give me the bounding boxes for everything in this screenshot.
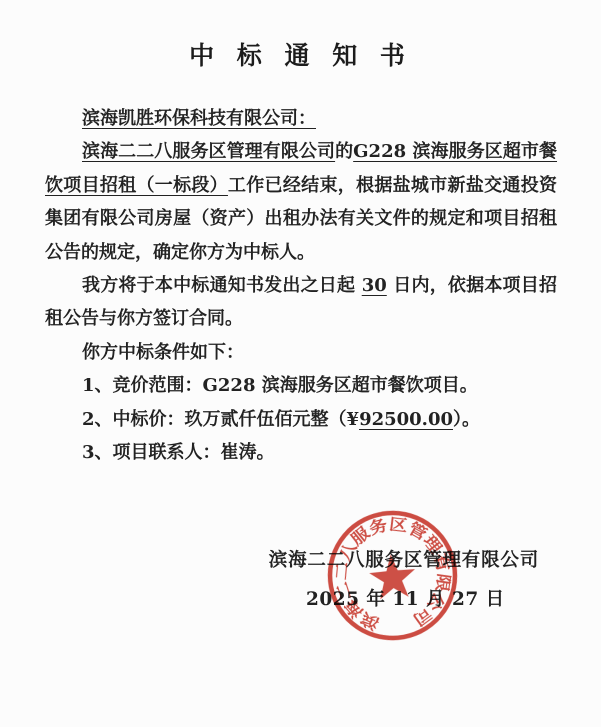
contract-days-value: 30 bbox=[362, 275, 387, 296]
condition-item-1: 1、竞价范围：G228 滨海服务区超市餐饮项目。 bbox=[45, 369, 557, 402]
contract-paragraph: 我方将于本中标通知书发出之日起 30 日内，依据本项目招租公告与你方签订合同。 bbox=[45, 269, 557, 336]
document-body: 滨海凯胜环保科技有限公司： 滨海二二八服务区管理有限公司的G228 滨海服务区超… bbox=[45, 102, 557, 469]
company-seal: 滨海二二八服务区管理有限公司 bbox=[320, 503, 464, 647]
particle-text: 的 bbox=[335, 141, 353, 162]
recipient-company-name: 滨海凯胜环保科技有限公司： bbox=[82, 108, 316, 129]
scanned-document-page: 中 标 通 知 书 滨海凯胜环保科技有限公司： 滨海二二八服务区管理有限公司的G… bbox=[0, 0, 601, 727]
condition-item-3: 3、项目联系人：崔涛。 bbox=[45, 436, 557, 469]
seal-star-icon bbox=[368, 552, 418, 600]
bid-price-amount: 92500.00 bbox=[359, 409, 453, 430]
condition-item-2: 2、中标价：玖万贰仟伍佰元整（¥92500.00）。 bbox=[45, 403, 557, 436]
conditions-intro-line: 你方中标条件如下： bbox=[45, 336, 557, 369]
document-title: 中 标 通 知 书 bbox=[0, 36, 601, 72]
bid-price-closing: ）。 bbox=[453, 409, 480, 430]
salutation-line: 滨海凯胜环保科技有限公司： bbox=[45, 102, 557, 135]
contract-text-before-days: 我方将于本中标通知书发出之日起 bbox=[82, 275, 362, 296]
tenderer-company-name: 滨海二二八服务区管理有限公司 bbox=[82, 141, 335, 162]
bid-price-text: 2、中标价：玖万贰仟伍佰元整（¥ bbox=[82, 409, 359, 430]
award-paragraph: 滨海二二八服务区管理有限公司的G228 滨海服务区超市餐饮项目招租（一标段）工作… bbox=[45, 135, 557, 269]
